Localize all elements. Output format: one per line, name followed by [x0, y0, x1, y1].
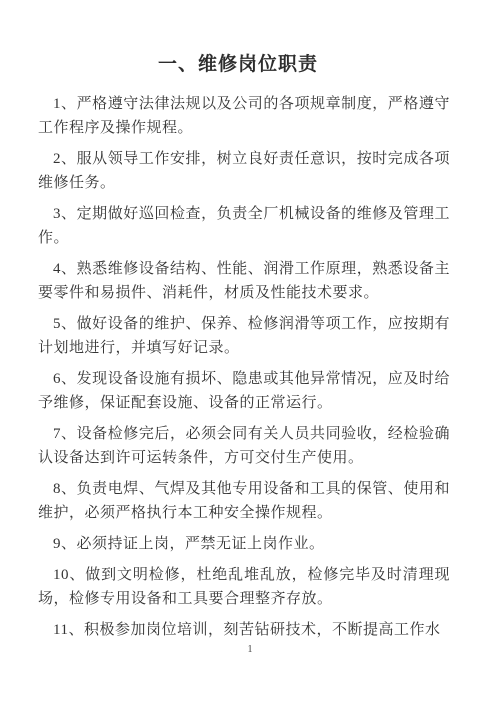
- paragraph: 9、必须持证上岗，严禁无证上岗作业。: [38, 532, 450, 556]
- paragraph: 1、严格遵守法律法规以及公司的各项规章制度，严格遵守工作程序及操作规程。: [38, 92, 450, 140]
- paragraph: 4、熟悉维修设备结构、性能、润滑工作原理，熟悉设备主要零件和易损件、消耗件，材质…: [38, 257, 450, 305]
- paragraph-list: 1、严格遵守法律法规以及公司的各项规章制度，严格遵守工作程序及操作规程。2、服从…: [38, 92, 450, 642]
- paragraph: 11、积极参加岗位培训，刻苦钻研技术，不断提高工作水: [38, 618, 450, 642]
- paragraph: 2、服从领导工作安排，树立良好责任意识，按时完成各项维修任务。: [38, 147, 450, 195]
- paragraph: 5、做好设备的维护、保养、检修润滑等项工作，应按期有计划地进行，并填写好记录。: [38, 312, 450, 360]
- page-title: 一、维修岗位职责: [38, 52, 438, 78]
- page-number: 1: [0, 644, 500, 655]
- paragraph: 7、设备检修完后，必须会同有关人员共同验收，经检验确认设备达到许可运转条件，方可…: [38, 422, 450, 470]
- paragraph: 6、发现设备设施有损坏、隐患或其他异常情况，应及时给予维修，保证配套设施、设备的…: [38, 367, 450, 415]
- paragraph: 10、做到文明检修，杜绝乱堆乱放，检修完毕及时清理现场，检修专用设备和工具要合理…: [38, 563, 450, 611]
- document-page: 一、维修岗位职责 1、严格遵守法律法规以及公司的各项规章制度，严格遵守工作程序及…: [0, 0, 500, 707]
- paragraph: 3、定期做好巡回检查，负责全厂机械设备的维修及管理工作。: [38, 202, 450, 250]
- paragraph: 8、负责电焊、气焊及其他专用设备和工具的保管、使用和维护，必须严格执行本工种安全…: [38, 477, 450, 525]
